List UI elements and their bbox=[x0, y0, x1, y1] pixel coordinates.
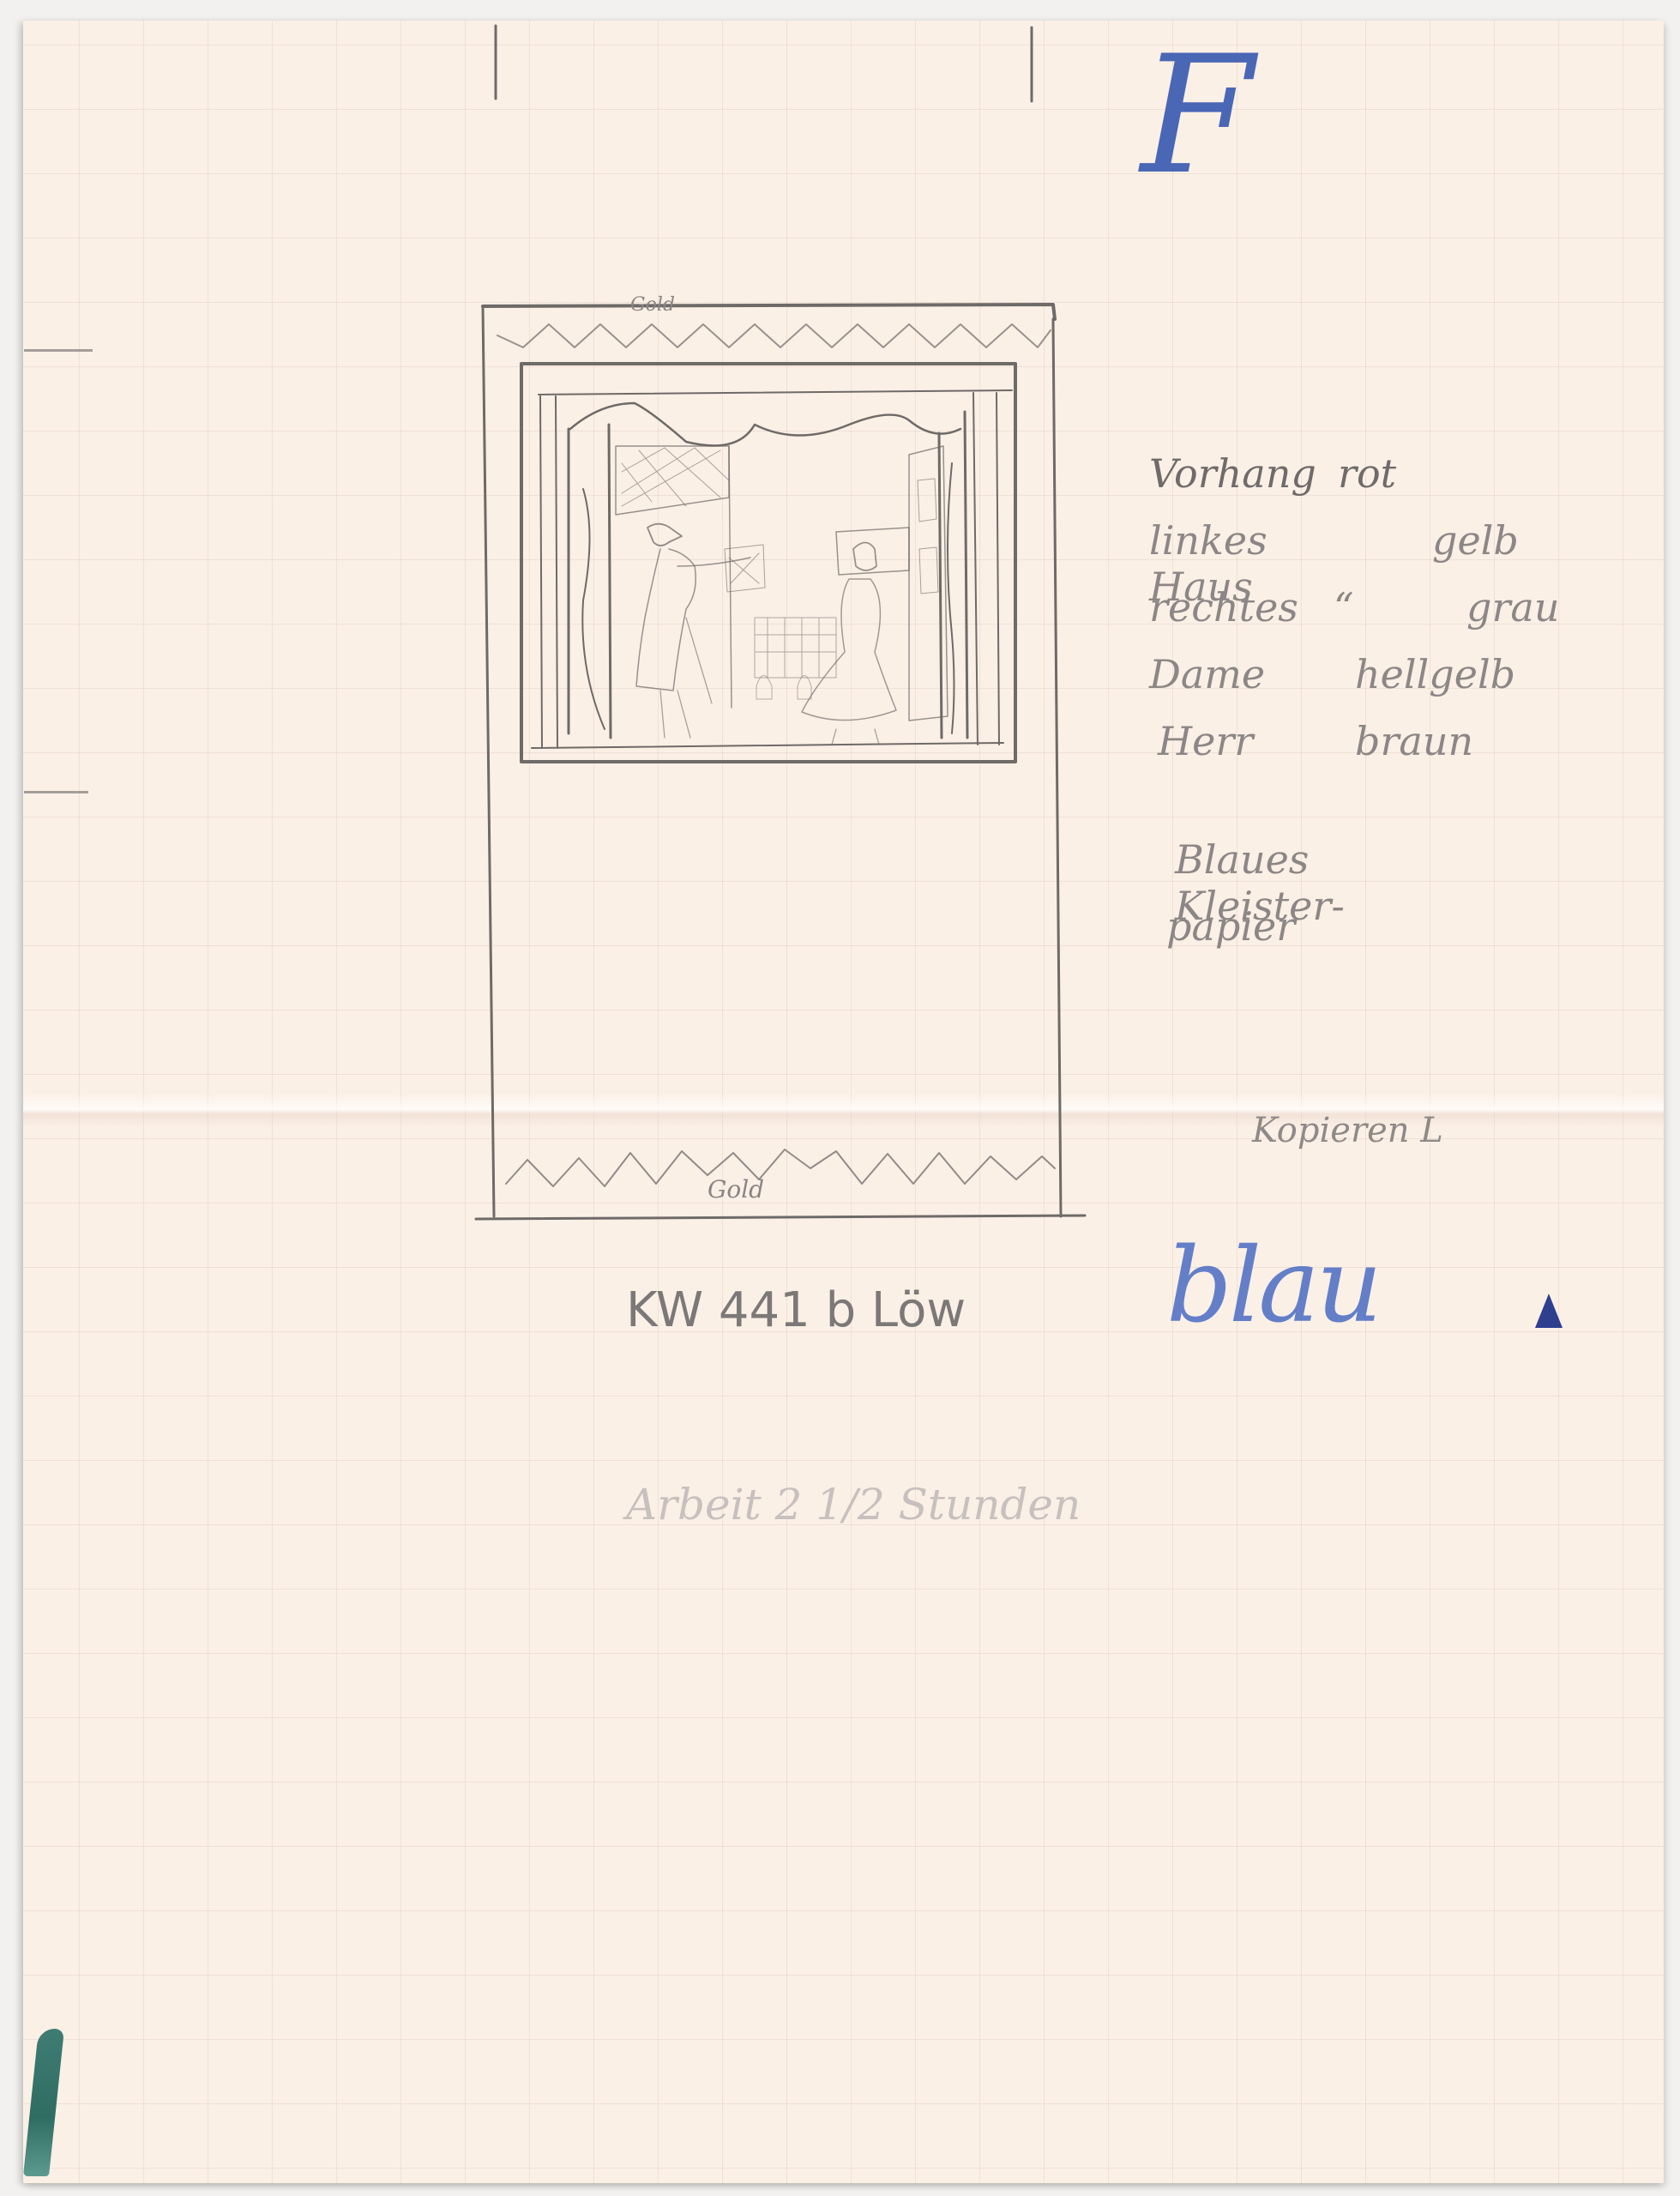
note-subject: rechtes bbox=[1149, 584, 1298, 630]
kopieren-note: Kopieren L bbox=[1252, 1111, 1443, 1150]
shelfmark: KW 441 b Löw bbox=[626, 1282, 966, 1338]
note-subject: Herr bbox=[1158, 718, 1253, 764]
faint-work-time-note: Arbeit 2 1/2 Stunden bbox=[626, 1480, 1081, 1529]
note-color: gelb bbox=[1432, 517, 1519, 564]
material-line-2: papier bbox=[1166, 903, 1295, 950]
note-color: grau bbox=[1466, 584, 1560, 630]
ink-triangle-mark bbox=[1535, 1294, 1563, 1328]
note-ditto: “ bbox=[1334, 584, 1354, 630]
note-subject: Dame bbox=[1149, 651, 1265, 697]
stage-sketch bbox=[0, 0, 1680, 2196]
note-color: rot bbox=[1338, 450, 1396, 497]
gold-label-bottom: Gold bbox=[708, 1175, 764, 1204]
note-subject: Vorhang bbox=[1149, 450, 1316, 497]
note-color: braun bbox=[1355, 718, 1473, 764]
gold-label-top: Gold bbox=[630, 294, 675, 316]
note-color: hellgelb bbox=[1355, 651, 1515, 697]
blue-letter-f: F bbox=[1141, 34, 1254, 197]
blue-word-blau: blau bbox=[1166, 1227, 1379, 1346]
